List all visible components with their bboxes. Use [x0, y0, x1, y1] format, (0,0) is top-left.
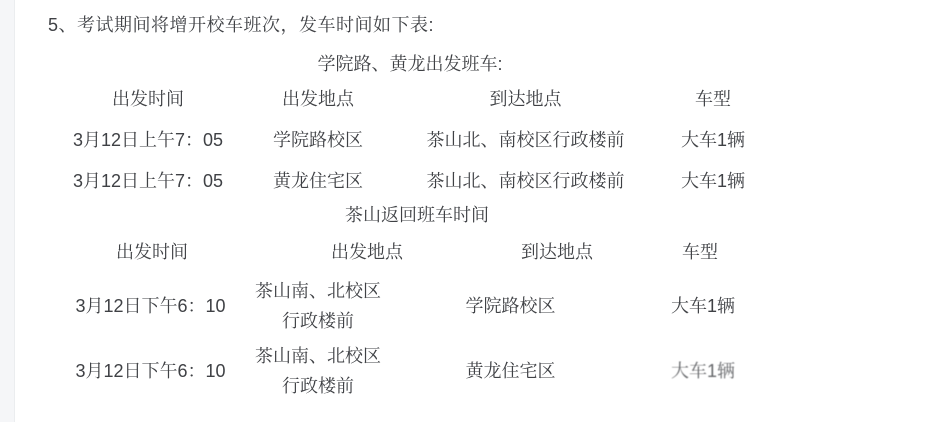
column-header-vehicle-type: 车型: [663, 88, 763, 110]
vehicle-type-cell: 大车1辆: [638, 360, 768, 382]
vehicle-type-cell: 大车1辆: [638, 295, 768, 317]
outbound-header-row: 出发时间 出发地点 到达地点 车型: [48, 88, 908, 110]
vehicle-type-cell: 大车1辆: [663, 129, 763, 151]
departure-place-cell: 茶山南、北校区 行政楼前: [253, 341, 383, 401]
column-header-arrival-place: 到达地点: [388, 88, 663, 110]
departure-place-line-2: 行政楼前: [253, 371, 383, 401]
departure-place-line-1: 茶山南、北校区: [253, 341, 383, 371]
column-header-departure-place: 出发地点: [256, 241, 478, 263]
column-header-departure-place: 出发地点: [248, 88, 388, 110]
departure-place-cell: 黄龙住宅区: [248, 170, 388, 192]
table-row: 3月12日下午6：10 茶山南、北校区 行政楼前 黄龙住宅区 大车1辆: [48, 341, 908, 401]
outbound-table-title: 学院路、黄龙出发班车:: [48, 53, 772, 75]
return-header-row: 出发时间 出发地点 到达地点 车型: [48, 241, 908, 263]
arrival-place-cell: 茶山北、南校区行政楼前: [388, 170, 663, 192]
departure-place-cell: 学院路校区: [248, 129, 388, 151]
departure-time-cell: 3月12日上午7：05: [48, 170, 248, 192]
departure-place-line-2: 行政楼前: [253, 306, 383, 336]
arrival-place-cell: 茶山北、南校区行政楼前: [388, 129, 663, 151]
notice-heading: 5、考试期间将增开校车班次，发车时间如下表:: [48, 0, 908, 37]
column-header-departure-time: 出发时间: [48, 241, 256, 263]
departure-time-cell: 3月12日上午7：05: [48, 129, 248, 151]
page-left-margin-strip: [0, 0, 15, 422]
column-header-vehicle-type: 车型: [636, 241, 764, 263]
arrival-place-cell: 学院路校区: [383, 295, 638, 317]
arrival-place-cell: 黄龙住宅区: [383, 360, 638, 382]
column-header-departure-time: 出发时间: [48, 88, 248, 110]
departure-place-line-1: 茶山南、北校区: [253, 276, 383, 306]
table-row: 3月12日下午6：10 茶山南、北校区 行政楼前 学院路校区 大车1辆: [48, 276, 908, 336]
departure-time-cell: 3月12日下午6：10: [48, 295, 253, 317]
notice-content: 5、考试期间将增开校车班次，发车时间如下表: 学院路、黄龙出发班车: 出发时间 …: [48, 0, 908, 401]
table-row: 3月12日上午7：05 黄龙住宅区 茶山北、南校区行政楼前 大车1辆: [48, 170, 908, 192]
vehicle-type-cell: 大车1辆: [663, 170, 763, 192]
departure-place-cell: 茶山南、北校区 行政楼前: [253, 276, 383, 336]
return-table-title: 茶山返回班车时间: [48, 204, 786, 226]
table-row: 3月12日上午7：05 学院路校区 茶山北、南校区行政楼前 大车1辆: [48, 129, 908, 151]
document-page: 5、考试期间将增开校车班次，发车时间如下表: 学院路、黄龙出发班车: 出发时间 …: [0, 0, 926, 422]
column-header-arrival-place: 到达地点: [478, 241, 636, 263]
departure-time-cell: 3月12日下午6：10: [48, 360, 253, 382]
